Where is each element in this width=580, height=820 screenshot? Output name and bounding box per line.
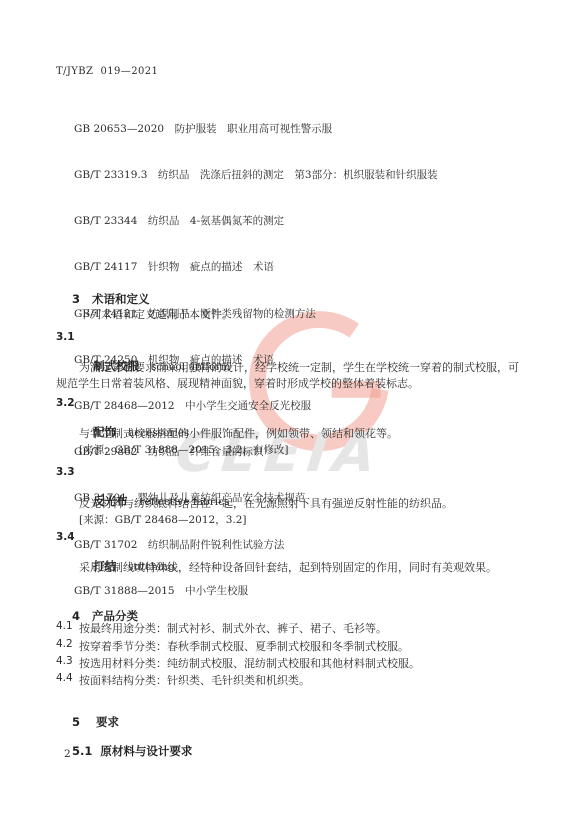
item-number: 4.1 bbox=[56, 620, 79, 636]
term-source: [来源：GB/T 31888—2015，3.2，有修改] bbox=[79, 442, 289, 457]
classification-item: 4.2按穿着季节分类：春秋季制式校服、夏季制式校服和冬季制式校服。 bbox=[56, 638, 409, 654]
reference-item: GB 20653—2020 防护服装 职业用高可视性警示服 bbox=[74, 122, 438, 137]
classification-item: 4.3按选用材料分类：纯纺制式校服、混纺制式校服和其他材料制式校服。 bbox=[56, 655, 420, 671]
item-text: 按最终用途分类：制式衬衫、制式外衣、裤子、裙子、毛衫等。 bbox=[79, 620, 387, 636]
item-text: 按穿着季节分类：春秋季制式校服、夏季制式校服和冬季制式校服。 bbox=[79, 638, 409, 654]
clause3-intro: 下列术语和定义适用于本文件。 bbox=[79, 306, 233, 322]
term-definition: 采用缝制线或特殊线，经特种设备回针套结，起到特别固定的作用，同时有美观效果。 bbox=[56, 560, 526, 576]
clause3-number: 3 bbox=[72, 292, 80, 306]
item-number: 4.4 bbox=[56, 672, 79, 688]
term-definition: 与学生制式校服搭配的小件服饰配件，例如领带、领结和领花等。 bbox=[56, 426, 526, 442]
term-definition: 为满足穿着要求而采用独特的设计，经学校统一定制，学生在学校统一穿着的制式校服，可… bbox=[56, 360, 526, 391]
term-number: 3.2 bbox=[56, 397, 75, 409]
term-number: 3.3 bbox=[56, 466, 75, 478]
classification-item: 4.1按最终用途分类：制式衬衫、制式外衣、裤子、裙子、毛衫等。 bbox=[56, 620, 387, 636]
item-text: 按面料结构分类：针织类、毛针织类和机织类。 bbox=[79, 672, 310, 688]
classification-item: 4.4按面料结构分类：针织类、毛针织类和机织类。 bbox=[56, 672, 310, 688]
term-number: 3.1 bbox=[56, 331, 75, 343]
reference-item: GB/T 23319.3 纺织品 洗涤后扭斜的测定 第3部分：机织服装和针织服装 bbox=[74, 168, 438, 183]
item-text: 按选用材料分类：纯纺制式校服、混纺制式校服和其他材料制式校服。 bbox=[79, 655, 420, 671]
term-definition: 反光材料与纺织底料结合在一起，在光源照射下具有强逆反射性能的纺织品。 bbox=[56, 496, 526, 512]
item-number: 4.3 bbox=[56, 655, 79, 671]
term-source: [来源：GB/T 28468—2012，3.2] bbox=[79, 512, 247, 527]
reference-item: GB/T 23344 纺织品 4-氨基偶氮苯的测定 bbox=[74, 214, 438, 229]
clause3-title: 术语和定义 bbox=[92, 292, 150, 306]
document-number-header: T/JYBZ 019—2021 bbox=[56, 66, 158, 77]
item-number: 4.2 bbox=[56, 638, 79, 654]
document-page: CEEIA T/JYBZ 019—2021 GB 20653—2020 防护服装… bbox=[0, 0, 580, 820]
clause5-1-number: 5.1 bbox=[72, 744, 92, 758]
reference-item: GB/T 24117 针织物 疵点的描述 术语 bbox=[74, 260, 438, 275]
clause5-1-heading: 5.1原材料与设计要求 bbox=[56, 729, 192, 773]
clause5-title: 要求 bbox=[96, 715, 119, 729]
clause5-1-title: 原材料与设计要求 bbox=[100, 744, 192, 758]
page-number: 2 bbox=[64, 748, 71, 760]
clause5-number: 5 bbox=[72, 715, 80, 729]
term-number: 3.4 bbox=[56, 531, 75, 543]
